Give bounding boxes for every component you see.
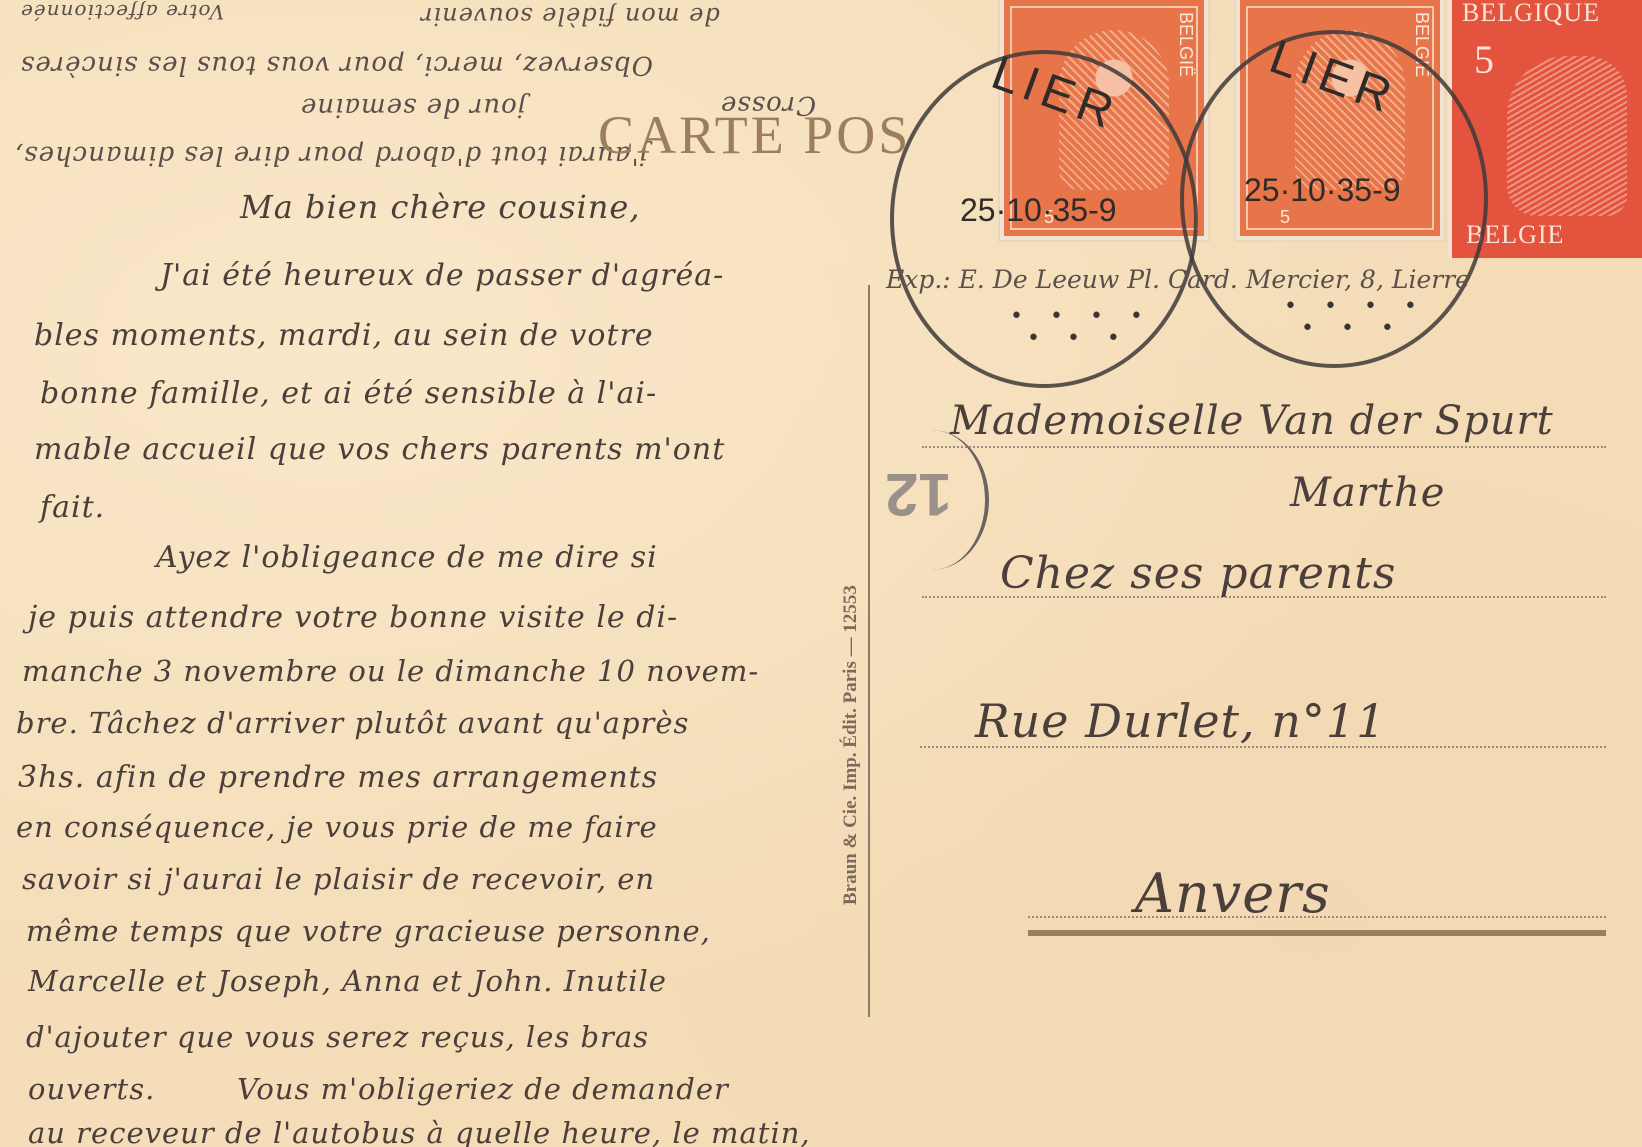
letter-line: d'ajouter que vous serez reçus, les bras bbox=[26, 1020, 649, 1054]
letter-line: bles moments, mardi, au sein de votre bbox=[34, 318, 654, 353]
postmark-date: 25·10·35-9 bbox=[1244, 172, 1401, 209]
letter-line: bre. Tâchez d'arriver plutôt avant qu'ap… bbox=[16, 706, 689, 740]
card-title: CARTE POS bbox=[598, 104, 911, 166]
address-underline-bar bbox=[1028, 930, 1606, 936]
address-street: Rue Durlet, n°11 bbox=[975, 694, 1386, 748]
salutation: Ma bien chère cousine, bbox=[240, 188, 641, 226]
letter-line: J'ai été heureux de passer d'agréa- bbox=[160, 258, 724, 293]
upside-down-line: Votre affectionnée bbox=[20, 0, 224, 24]
postcard-back: Votre affectionnée de mon fidèle souveni… bbox=[0, 0, 1642, 1147]
upside-down-line: Observez, merci, pour vous tous les sinc… bbox=[20, 50, 653, 80]
stamp-country: BELGIË bbox=[1175, 12, 1196, 77]
letter-line: Ayez l'obligeance de me dire si bbox=[156, 540, 658, 575]
address-recipient: Mademoiselle Van der Spurt bbox=[950, 398, 1554, 444]
sender-address: Exp.: E. De Leeuw Pl. Card. Mercier, 8, … bbox=[886, 265, 1470, 294]
letter-line: 3hs. afin de prendre mes arrangements bbox=[18, 760, 658, 795]
stamp-country-top: BELGIQUE bbox=[1462, 0, 1600, 28]
letter-line: au receveur de l'autobus à quelle heure,… bbox=[28, 1116, 811, 1147]
transit-mark: 12 bbox=[875, 430, 989, 570]
letter-line: Marcelle et Joseph, Anna et John. Inutil… bbox=[28, 964, 667, 998]
upside-down-line: j'aurai tout d'abord pour dire les diman… bbox=[14, 140, 648, 170]
letter-line: manche 3 novembre ou le dimanche 10 nove… bbox=[22, 654, 759, 688]
upside-down-line: jour de semaine bbox=[300, 92, 526, 122]
stamp-value: 5 bbox=[1474, 36, 1494, 83]
ceres-figure-icon bbox=[1507, 56, 1627, 216]
letter-line: même temps que votre gracieuse personne, bbox=[26, 914, 711, 948]
letter-line: savoir si j'aurai le plaisir de recevoir… bbox=[22, 862, 655, 896]
center-divider bbox=[868, 285, 870, 1017]
address-care-of: Chez ses parents bbox=[1000, 548, 1396, 599]
letter-line: fait. bbox=[40, 490, 105, 525]
transit-number: 12 bbox=[885, 460, 952, 529]
letter-line: bonne famille, et ai été sensible à l'ai… bbox=[40, 376, 657, 411]
postmark-date: 25·10·35-9 bbox=[960, 192, 1117, 229]
address-line-rule bbox=[922, 446, 1606, 448]
postmark-dots: • • • • • • • bbox=[1284, 296, 1427, 340]
letter-line: mable accueil que vos chers parents m'on… bbox=[34, 432, 725, 467]
address-city: Anvers bbox=[1135, 862, 1331, 925]
publisher-imprint: Braun & Cie. Imp. Édit. Paris — 12553 bbox=[840, 585, 862, 905]
postmark-dots: • • • • • • • bbox=[1010, 306, 1153, 350]
letter-line: en conséquence, je vous prie de me faire bbox=[16, 810, 658, 844]
letter-line: je puis attendre votre bonne visite le d… bbox=[28, 600, 678, 635]
address-first-name: Marthe bbox=[1290, 470, 1445, 516]
upside-down-line: de mon fidèle souvenir bbox=[420, 2, 720, 30]
letter-line: ouverts. Vous m'obligeriez de demander bbox=[28, 1072, 729, 1106]
